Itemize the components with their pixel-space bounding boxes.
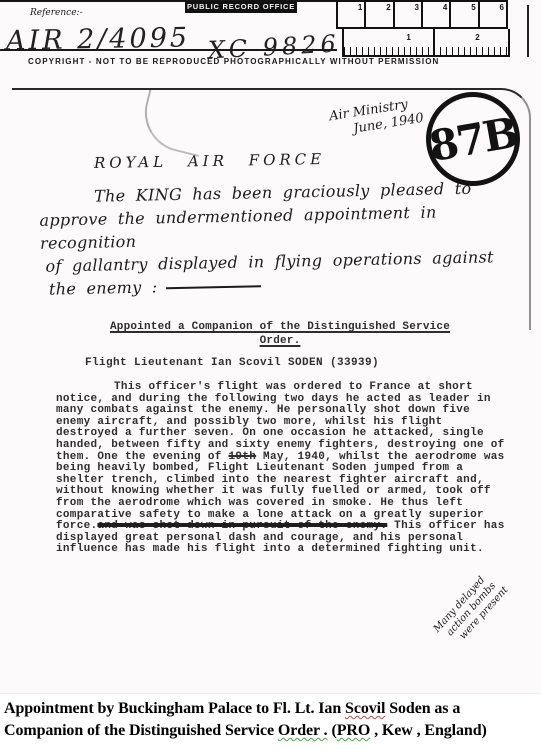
grammar-flagged-word: PRO — [337, 722, 370, 739]
award-heading-line: Appointed a Companion of the Distinguish… — [110, 321, 450, 333]
struck-date: 19th — [229, 451, 257, 463]
scan-edge-mark — [527, 5, 529, 57]
inch-label: 2 — [475, 33, 479, 42]
scale-cell: 4 — [421, 2, 449, 27]
margin-note: Many delayed action bombs were present — [432, 569, 512, 652]
award-heading-line: Order. — [260, 335, 301, 347]
inch-label: 1 — [406, 33, 410, 42]
scale-bar-cm-row: 1 2 3 4 5 6 — [336, 0, 508, 29]
grammar-flagged-word: Order . — [278, 722, 328, 739]
pro-title-plate: PUBLIC RECORD OFFICE — [185, 1, 297, 13]
service-heading: ROYAL AIR FORCE — [94, 150, 325, 172]
scale-cell: 3 — [393, 2, 421, 27]
archival-scan-page: PUBLIC RECORD OFFICE Reference:- AIR 2/4… — [0, 0, 541, 749]
scale-bar-inch-row: 1 2 — [342, 29, 510, 57]
caption-line-1: Appointment by Buckingham Palace to Fl. … — [4, 698, 539, 720]
folio-number: 87B — [425, 107, 520, 171]
reference-label: Reference:- — [30, 8, 83, 18]
header-bottom-rule — [0, 49, 337, 51]
royal-message: The KING has been graciously pleased to … — [39, 176, 501, 301]
photo-scale-bar: 1 2 3 4 5 6 1 2 — [336, 0, 508, 57]
folio-stamp: 87B — [423, 89, 523, 189]
registry-annotation: Air Ministry June, 1940 — [328, 95, 425, 140]
struck-text: and was shot down in pursuit of the enem… — [97, 520, 387, 532]
scale-ticks — [344, 47, 508, 55]
recipient-line: Flight Lieutenant Ian Scovil SODEN (3393… — [85, 357, 379, 369]
scan-artifact — [136, 89, 211, 157]
document-scan: PUBLIC RECORD OFFICE Reference:- AIR 2/4… — [0, 0, 541, 694]
scale-cell: 2 — [364, 2, 392, 27]
spellcheck-flagged-word: Scovil — [345, 700, 385, 717]
scan-bottom-edge — [0, 693, 541, 694]
scale-cell: 5 — [449, 2, 477, 27]
caption-line-2: Companion of the Distinguished Service O… — [4, 720, 539, 742]
reference-number: AIR 2/4095 — [6, 22, 191, 56]
scale-cell: 1 — [336, 2, 364, 27]
award-heading: Appointed a Companion of the Distinguish… — [60, 320, 500, 348]
copyright-notice: COPYRIGHT - NOT TO BE REPRODUCED PHOTOGR… — [28, 57, 508, 66]
flourish-dash — [166, 285, 261, 289]
scale-cell: 6 — [478, 2, 508, 27]
photo-caption: Appointment by Buckingham Palace to Fl. … — [4, 698, 539, 742]
citation-paragraph: This officer's flight was ordered to Fra… — [56, 382, 506, 556]
